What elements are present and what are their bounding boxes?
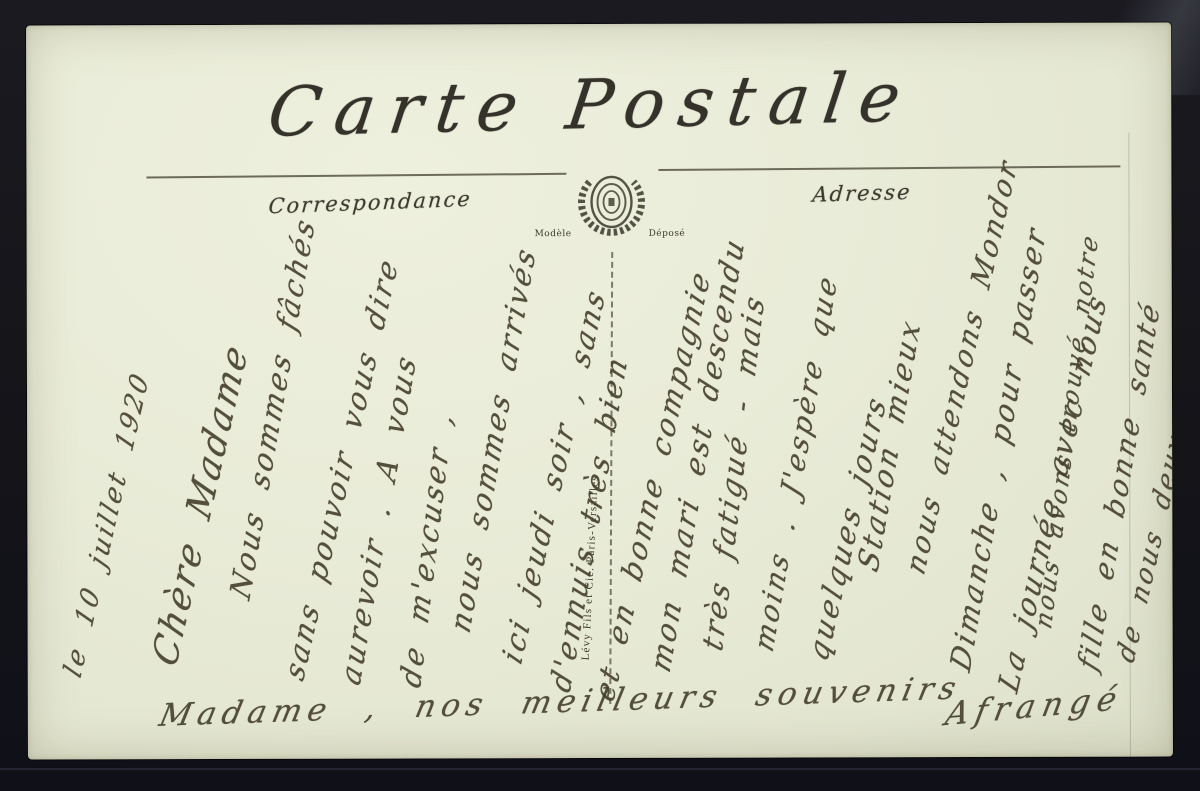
stamp-modele-label: Modèle (535, 229, 572, 239)
postcard-title: Carte Postale (246, 58, 936, 153)
header-rule-left (146, 173, 566, 179)
header-rule-right (658, 165, 1120, 171)
scan-edge-highlight (0, 768, 1200, 770)
scan-background: Carte Postale Correspondance Adresse Mod… (0, 0, 1200, 791)
publisher-stamp-icon (569, 158, 653, 242)
stamp-depose-label: Déposé (649, 229, 686, 239)
handwriting-signature: Afrangé (942, 678, 1127, 733)
handwriting-date-line: le 10 juillet 1920 (59, 367, 156, 682)
correspondance-label: Correspondance (268, 187, 473, 219)
postcard: Carte Postale Correspondance Adresse Mod… (26, 23, 1173, 760)
adresse-label: Adresse (812, 180, 913, 207)
